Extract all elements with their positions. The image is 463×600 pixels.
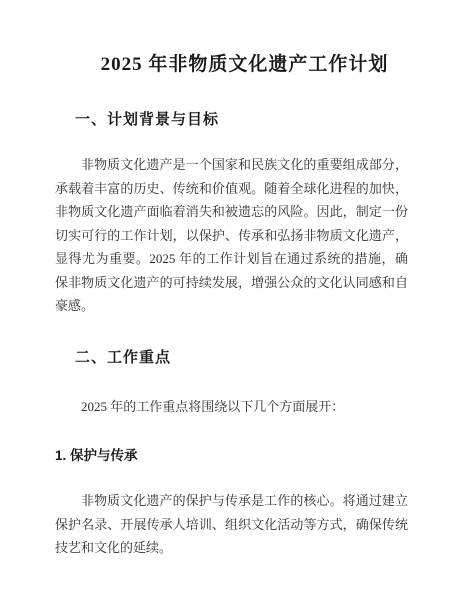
paragraph-protection-inheritance: 非物质文化遗产的保护与传承是工作的核心。将通过建立保护名录、开展传承人培训、组织… xyxy=(55,489,408,560)
document-page: 2025 年非物质文化遗产工作计划 一、计划背景与目标 非物质文化遗产是一个国家… xyxy=(0,0,463,600)
section-heading-work-focus: 二、工作重点 xyxy=(55,348,408,368)
subsection-heading-protection-inheritance: 1. 保护与传承 xyxy=(55,446,408,465)
section-heading-background-goals: 一、计划背景与目标 xyxy=(55,110,408,130)
paragraph-work-focus-intro: 2025 年的工作重点将围绕以下几个方面展开： xyxy=(55,395,408,419)
paragraph-background: 非物质文化遗产是一个国家和民族文化的重要组成部分，承载着丰富的历史、传统和价值观… xyxy=(55,153,408,318)
document-title: 2025 年非物质文化遗产工作计划 xyxy=(55,52,408,78)
